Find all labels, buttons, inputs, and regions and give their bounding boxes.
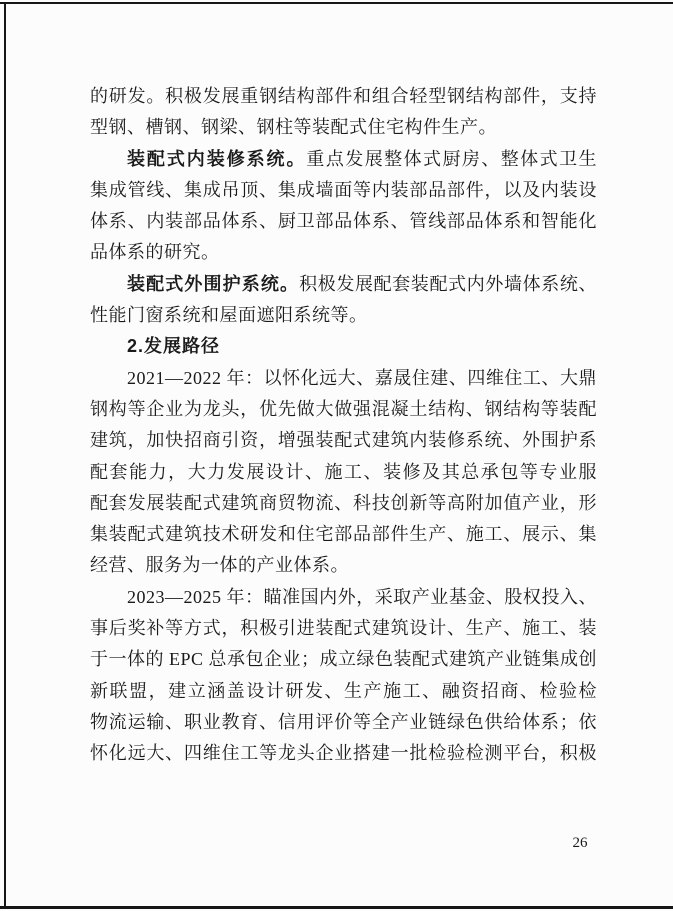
text-line: 钢构等企业为龙头，优先做大做强混凝土结构、钢结构等装配式 [90,394,597,425]
text-line: 于一体的 EPC 总承包企业；成立绿色装配式建筑产业链集成创 [90,644,597,675]
text-line: 装配式外围护系统。积极发展配套装配式内外墙体系统、高 [90,269,597,300]
text-line: 经营、服务为一体的产业体系。 [90,550,597,581]
text-line: 新联盟，建立涵盖设计研发、生产施工、融资招商、检验检测、 [90,676,597,707]
text-line: 装配式内装修系统。重点发展整体式厨房、整体式卫生间、 [90,144,597,175]
text-line: 2.发展路径 [90,331,597,362]
text-line: 品体系的研究。 [90,237,597,268]
text-line: 2023—2025 年：瞄准国内外，采取产业基金、股权投入、 [90,582,597,613]
line-text: 型钢、槽钢、钢梁、钢柱等装配式住宅构件生产。 [90,117,497,137]
line-text: 事后奖补等方式，积极引进装配式建筑设计、生产、施工、装修 [90,618,597,644]
line-text: 体系、内装部品体系、厨卫部品体系、管线部品体系和智能化部 [90,211,597,237]
text-line: 型钢、槽钢、钢梁、钢柱等装配式住宅构件生产。 [90,112,597,143]
line-text: 品体系的研究。 [90,242,220,262]
scan-border-bottom [0,906,673,909]
page-number: 26 [563,835,597,852]
scan-border-left [4,2,6,907]
line-text: 配套发展装配式建筑商贸物流、科技创新等高附加值产业，形成 [90,493,597,519]
line-text: 怀化远大、四维住工等龙头企业搭建一批检验检测平台，积极开 [90,743,597,769]
text-line: 体系、内装部品体系、厨卫部品体系、管线部品体系和智能化部 [90,206,597,237]
line-text: 于一体的 EPC 总承包企业；成立绿色装配式建筑产业链集成创 [90,649,597,669]
line-text: 的研发。积极发展重钢结构部件和组合轻型钢结构部件，支持 T [90,86,597,112]
line-text: 性能门窗系统和屋面遮阳系统等。 [90,305,368,325]
text-line: 物流运输、职业教育、信用评价等全产业链绿色供给体系；依托 [90,707,597,738]
text-line: 事后奖补等方式，积极引进装配式建筑设计、生产、施工、装修 [90,613,597,644]
text-line: 2021—2022 年：以怀化远大、嘉晟住建、四维住工、大鼎 [90,363,597,394]
line-text: 建筑，加快招商引资，增强装配式建筑内装修系统、外围护系统 [90,430,597,456]
bold-heading: 2.发展路径 [127,336,220,356]
text-line: 的研发。积极发展重钢结构部件和组合轻型钢结构部件，支持 T [90,81,597,112]
text-line: 性能门窗系统和屋面遮阳系统等。 [90,300,597,331]
line-text: 集成管线、集成吊顶、集成墙面等内装部品部件，以及内装设计 [90,180,597,206]
line-text: 2023—2025 年：瞄准国内外，采取产业基金、股权投入、 [127,587,597,607]
text-line: 集装配式建筑技术研发和住宅部品部件生产、施工、展示、集散、 [90,519,597,550]
line-text: 2021—2022 年：以怀化远大、嘉晟住建、四维住工、大鼎 [127,368,597,388]
line-text: 经营、服务为一体的产业体系。 [90,555,349,575]
line-text: 配套能力，大力发展设计、施工、装修及其总承包等专业服务， [90,462,597,488]
line-text: 集装配式建筑技术研发和住宅部品部件生产、施工、展示、集散、 [90,524,597,550]
scan-border-top [0,2,673,4]
text-line: 集成管线、集成吊顶、集成墙面等内装部品部件，以及内装设计 [90,175,597,206]
text-line: 配套发展装配式建筑商贸物流、科技创新等高附加值产业，形成 [90,488,597,519]
bold-heading: 装配式内装修系统。 [127,149,306,169]
line-text: 钢构等企业为龙头，优先做大做强混凝土结构、钢结构等装配式 [90,399,597,425]
text-line: 配套能力，大力发展设计、施工、装修及其总承包等专业服务， [90,457,597,488]
bold-heading: 装配式外围护系统。 [127,274,299,294]
text-line: 怀化远大、四维住工等龙头企业搭建一批检验检测平台，积极开 [90,738,597,769]
document-page: 的研发。积极发展重钢结构部件和组合轻型钢结构部件，支持 T型钢、槽钢、钢梁、钢柱… [0,0,673,911]
text-line: 建筑，加快招商引资，增强装配式建筑内装修系统、外围护系统 [90,425,597,456]
line-text: 新联盟，建立涵盖设计研发、生产施工、融资招商、检验检测、 [90,681,597,707]
line-text: 物流运输、职业教育、信用评价等全产业链绿色供给体系；依托 [90,712,597,738]
document-text: 的研发。积极发展重钢结构部件和组合轻型钢结构部件，支持 T型钢、槽钢、钢梁、钢柱… [90,81,597,770]
